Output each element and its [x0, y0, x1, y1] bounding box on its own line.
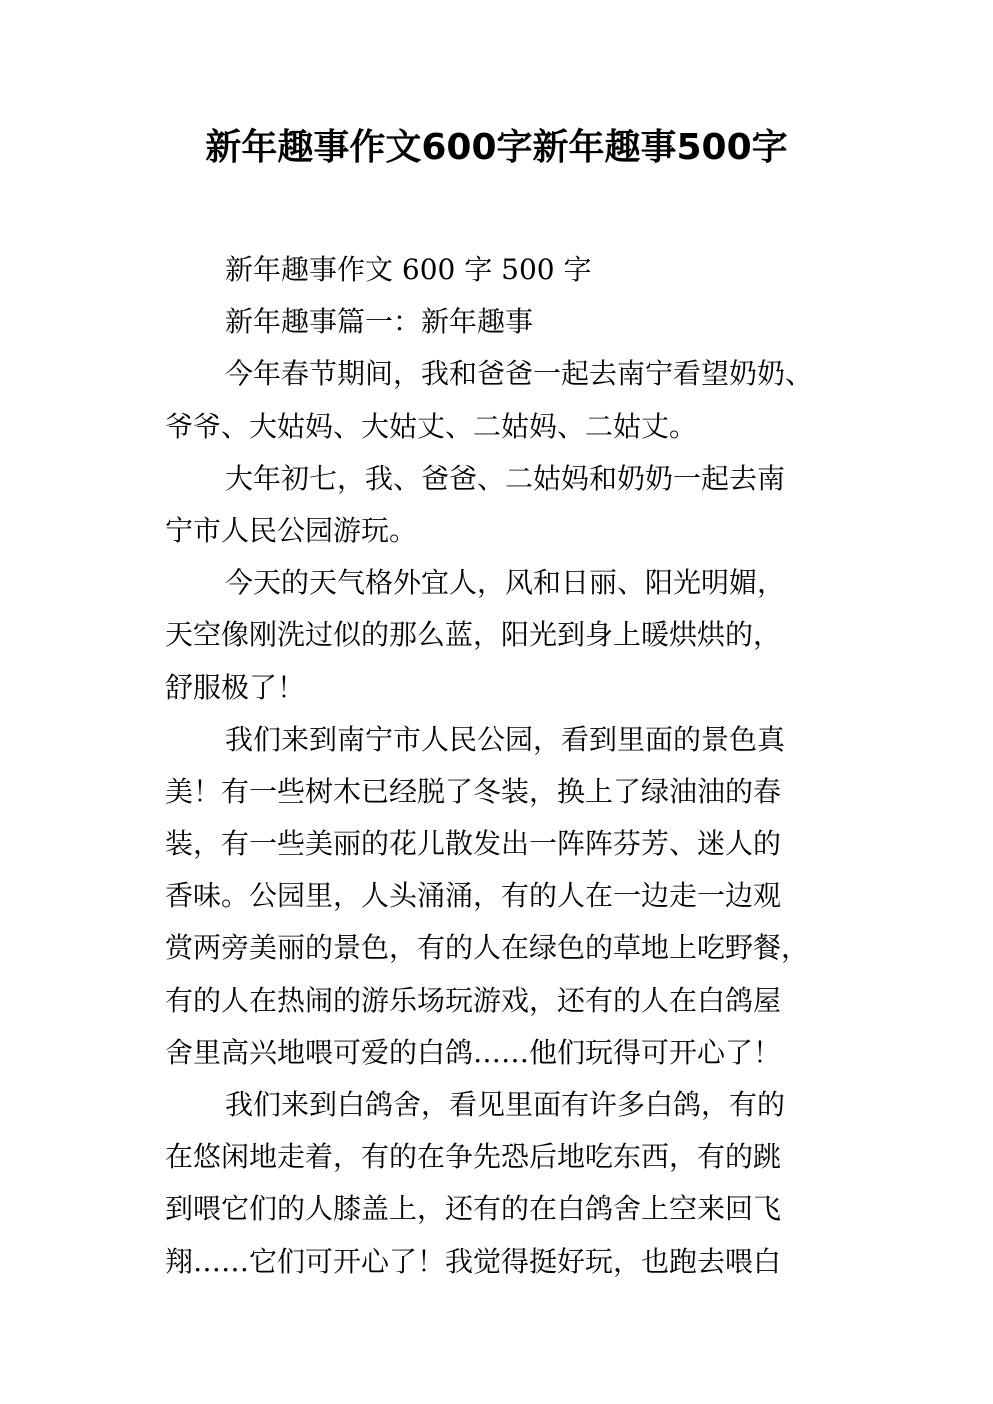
body-line: 到喂它们的人膝盖上，还有的在白鸽舍上空来回飞: [165, 1183, 845, 1235]
body-line: 赏两旁美丽的景色，有的人在绿色的草地上吃野餐，: [165, 922, 845, 974]
body-line: 装，有一些美丽的花儿散发出一阵阵芬芳、迷人的: [165, 818, 845, 870]
body-line: 在悠闲地走着，有的在争先恐后地吃东西，有的跳: [165, 1131, 845, 1183]
body-line: 宁市人民公园游玩。: [165, 505, 845, 557]
body-line: 有的人在热闹的游乐场玩游戏，还有的人在白鸽屋: [165, 975, 845, 1027]
body-line: 大年初七，我、爸爸、二姑妈和奶奶一起去南: [165, 453, 845, 505]
document-page: 新年趣事作文600字新年趣事500字 新年趣事作文 600 字 500 字 新年…: [0, 0, 993, 1404]
body-line: 翔……它们可开心了！我觉得挺好玩，也跑去喂白: [165, 1236, 845, 1288]
body-line: 新年趣事篇一：新年趣事: [165, 296, 845, 348]
body-line: 舍里高兴地喂可爱的白鸽……他们玩得可开心了！: [165, 1027, 845, 1079]
body-line: 爷爷、大姑妈、大姑丈、二姑妈、二姑丈。: [165, 401, 845, 453]
body-line: 我们来到南宁市人民公园，看到里面的景色真: [165, 714, 845, 766]
body-line: 今年春节期间，我和爸爸一起去南宁看望奶奶、: [165, 348, 845, 400]
body-line: 美！有一些树木已经脱了冬装，换上了绿油油的春: [165, 766, 845, 818]
document-title: 新年趣事作文600字新年趣事500字: [0, 122, 993, 174]
body-line: 我们来到白鸽舍，看见里面有许多白鸽，有的: [165, 1079, 845, 1131]
body-line: 舒服极了！: [165, 662, 845, 714]
body-line: 新年趣事作文 600 字 500 字: [165, 244, 845, 296]
body-line: 香味。公园里，人头涌涌，有的人在一边走一边观: [165, 870, 845, 922]
body-line: 今天的天气格外宜人，风和日丽、阳光明媚，: [165, 557, 845, 609]
body-line: 天空像刚洗过似的那么蓝，阳光到身上暖烘烘的，: [165, 609, 845, 661]
document-body: 新年趣事作文 600 字 500 字 新年趣事篇一：新年趣事 今年春节期间，我和…: [165, 244, 845, 1288]
